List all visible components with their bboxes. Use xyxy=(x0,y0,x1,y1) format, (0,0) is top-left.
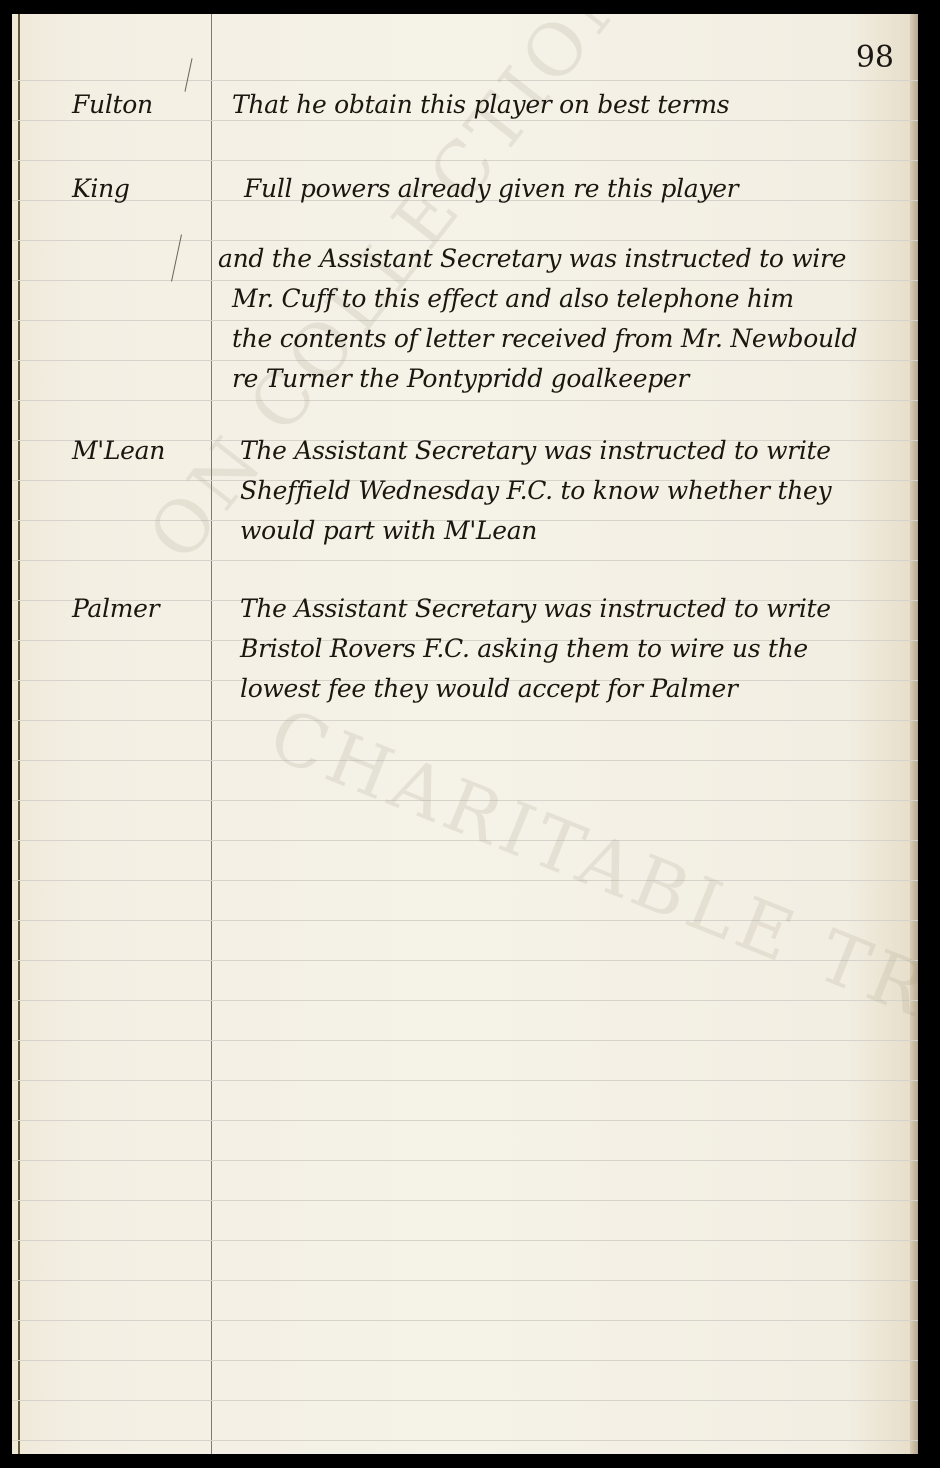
entry-line: Full powers already given re this player xyxy=(244,174,738,203)
entry-line: the contents of letter received from Mr.… xyxy=(232,324,857,353)
ruled-line xyxy=(12,1320,918,1321)
ruled-line xyxy=(12,1120,918,1121)
ruled-line xyxy=(12,1200,918,1201)
ruled-line xyxy=(12,1080,918,1081)
ruled-line xyxy=(12,1240,918,1241)
ledger-page: ON COLLECTION CHARITABLE TRUST 98 Fulton… xyxy=(12,14,918,1454)
ruled-line xyxy=(12,1040,918,1041)
ruled-line xyxy=(12,880,918,881)
ruled-line xyxy=(12,280,918,281)
entry-line: The Assistant Secretary was instructed t… xyxy=(240,594,831,623)
page-number: 98 xyxy=(856,40,894,75)
ruled-line xyxy=(12,560,918,561)
entry-name-king: King xyxy=(72,174,130,203)
ruled-line xyxy=(12,120,918,121)
ruled-line xyxy=(12,360,918,361)
ruled-line xyxy=(12,960,918,961)
entry-name-palmer: Palmer xyxy=(72,594,159,623)
entry-line: lowest fee they would accept for Palmer xyxy=(240,674,738,703)
entry-name-fulton: Fulton xyxy=(72,90,153,119)
page-edge xyxy=(910,14,918,1454)
entry-line: That he obtain this player on best terms xyxy=(232,90,729,119)
entry-line: and the Assistant Secretary was instruct… xyxy=(218,244,846,273)
binding-edge xyxy=(18,14,20,1454)
margin-rule xyxy=(211,14,212,1454)
ruled-line xyxy=(12,1400,918,1401)
ruled-line xyxy=(12,1440,918,1441)
ruled-line xyxy=(12,720,918,721)
entry-line: re Turner the Pontypridd goalkeeper xyxy=(232,364,689,393)
check-mark xyxy=(171,234,182,281)
watermark-bottom: CHARITABLE TRUST xyxy=(258,692,918,1100)
ruled-line xyxy=(12,800,918,801)
ruled-line xyxy=(12,1160,918,1161)
entry-line: Sheffield Wednesday F.C. to know whether… xyxy=(240,476,831,505)
entry-line: would part with M'Lean xyxy=(240,516,537,545)
ruled-line xyxy=(12,920,918,921)
entry-line: Mr. Cuff to this effect and also telepho… xyxy=(232,284,794,313)
ruled-line xyxy=(12,1000,918,1001)
ruled-line xyxy=(12,1360,918,1361)
ruled-line xyxy=(12,1280,918,1281)
ruled-line xyxy=(12,160,918,161)
ruled-line xyxy=(12,80,918,81)
entry-line: Bristol Rovers F.C. asking them to wire … xyxy=(240,634,808,663)
check-mark xyxy=(184,58,192,91)
entry-name-mlean: M'Lean xyxy=(72,436,165,465)
ruled-line xyxy=(12,840,918,841)
entry-line: The Assistant Secretary was instructed t… xyxy=(240,436,831,465)
ruled-line xyxy=(12,240,918,241)
ruled-line xyxy=(12,320,918,321)
ruled-line xyxy=(12,400,918,401)
ruled-line xyxy=(12,760,918,761)
